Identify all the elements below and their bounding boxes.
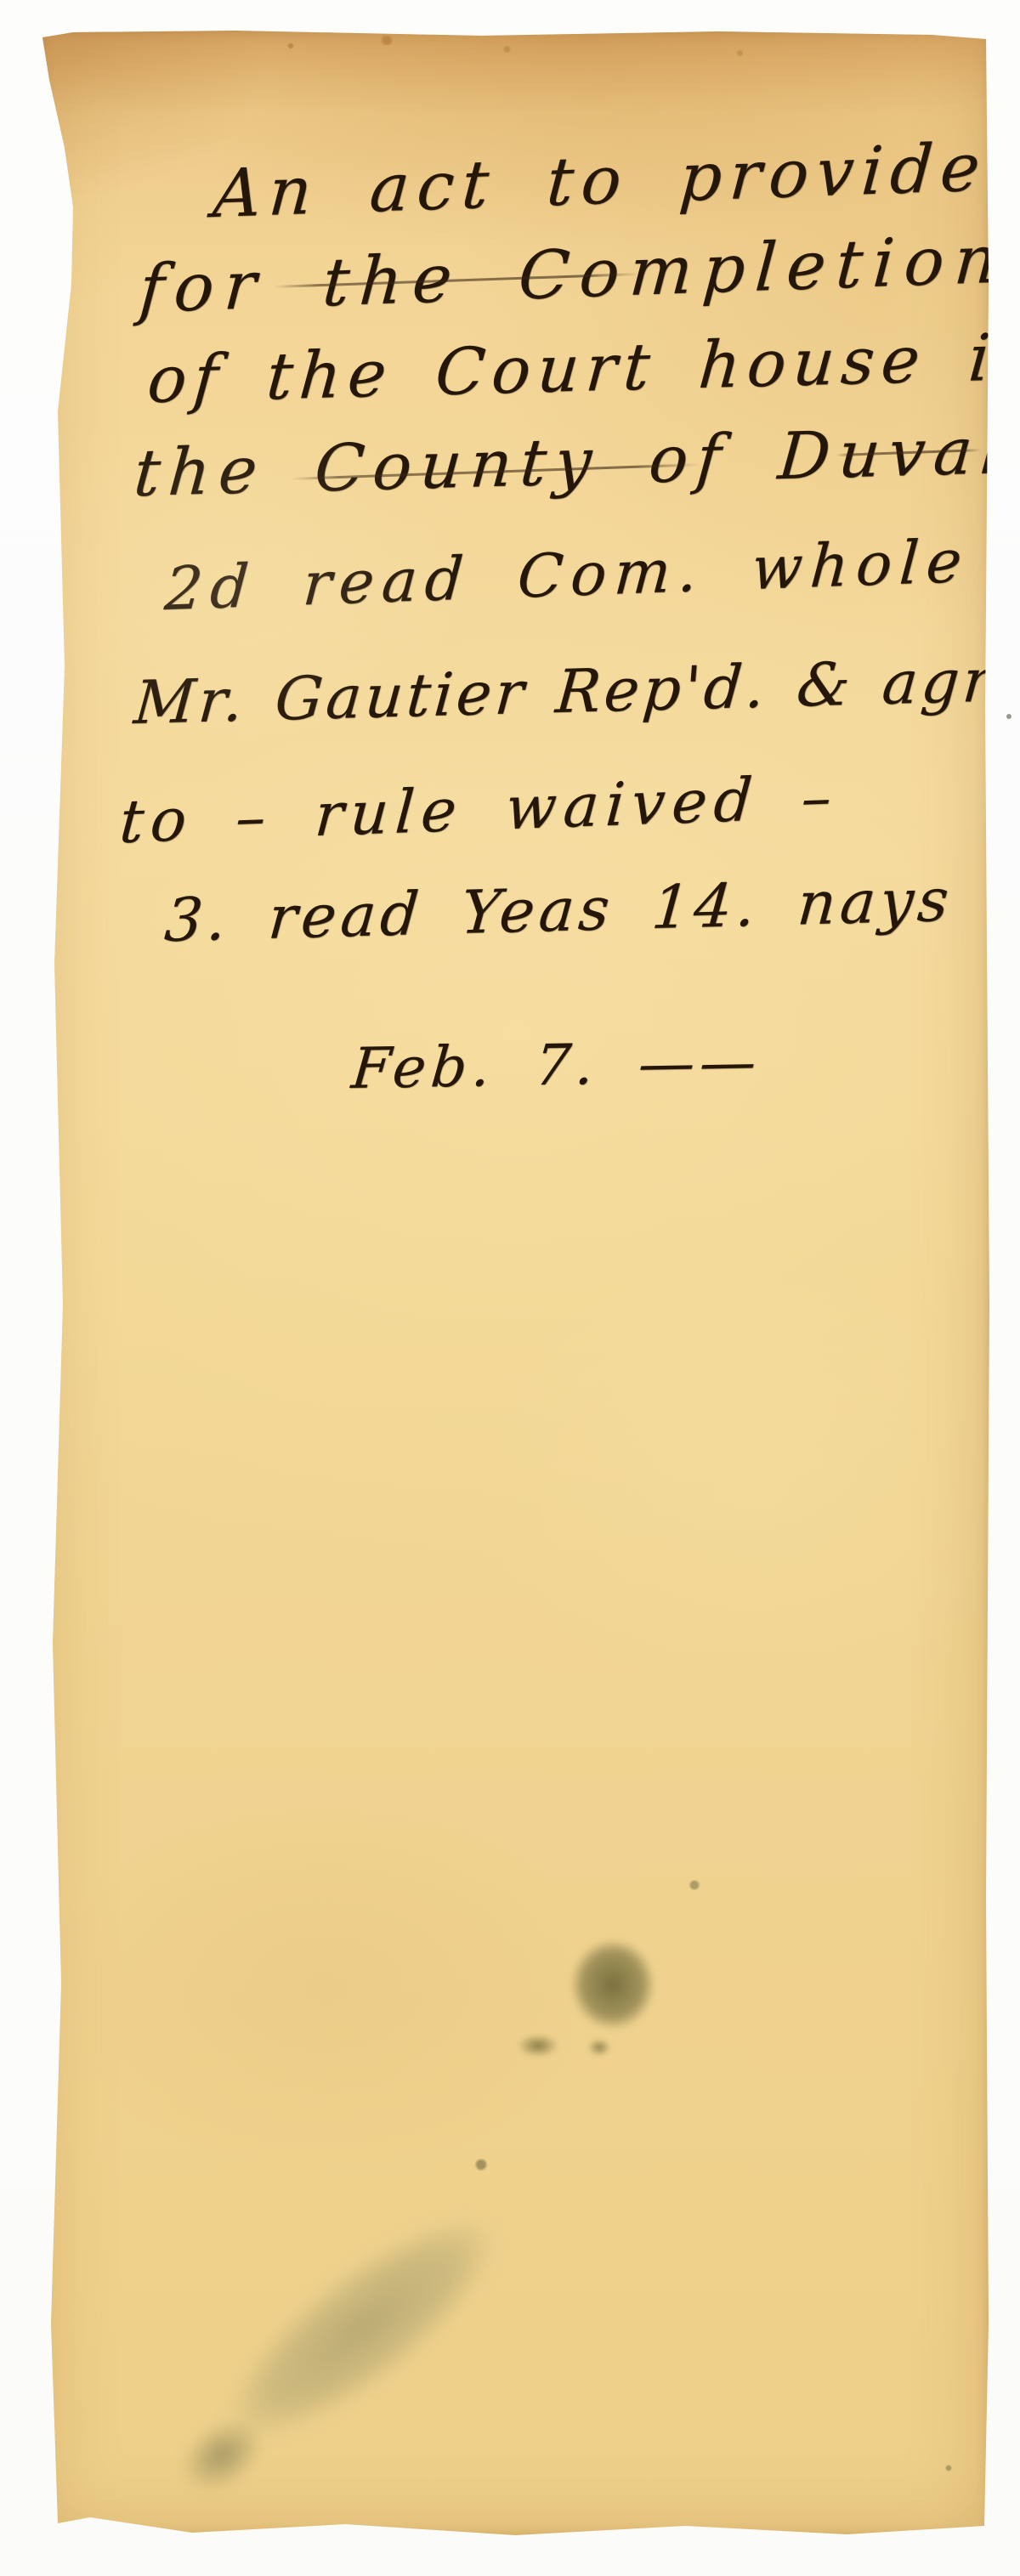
ink-stain-satellite <box>512 2031 564 2060</box>
smudge-stain-tail <box>155 2392 289 2518</box>
manuscript-docket-line-3: to – rule waived – <box>117 761 841 857</box>
ink-stain-blob <box>558 1926 667 2043</box>
smudge-stain <box>169 2157 556 2498</box>
manuscript-docket-line-2: Mr. Gautier Rep'd. & agreed <box>132 643 1020 738</box>
scanned-document: An act to provide for the Completion of … <box>0 0 1020 2576</box>
manuscript-title-line-4: the County of Duval <box>131 412 1012 511</box>
manuscript-docket-line-4: 3. read Yeas 14. nays 3 <box>162 863 1020 955</box>
ink-stain-satellite <box>585 2036 614 2058</box>
manuscript-date-line: Feb. 7. —— <box>349 1029 764 1102</box>
manuscript-docket-line-1: 2d read Com. whole <box>162 526 972 624</box>
manuscript-paper: An act to provide for the Completion of … <box>39 29 991 2538</box>
scanner-dust-speck <box>1006 714 1011 719</box>
manuscript-title-line-1: An act to provide <box>211 129 990 233</box>
manuscript-title-line-3: of the Court house in <box>144 318 1020 417</box>
